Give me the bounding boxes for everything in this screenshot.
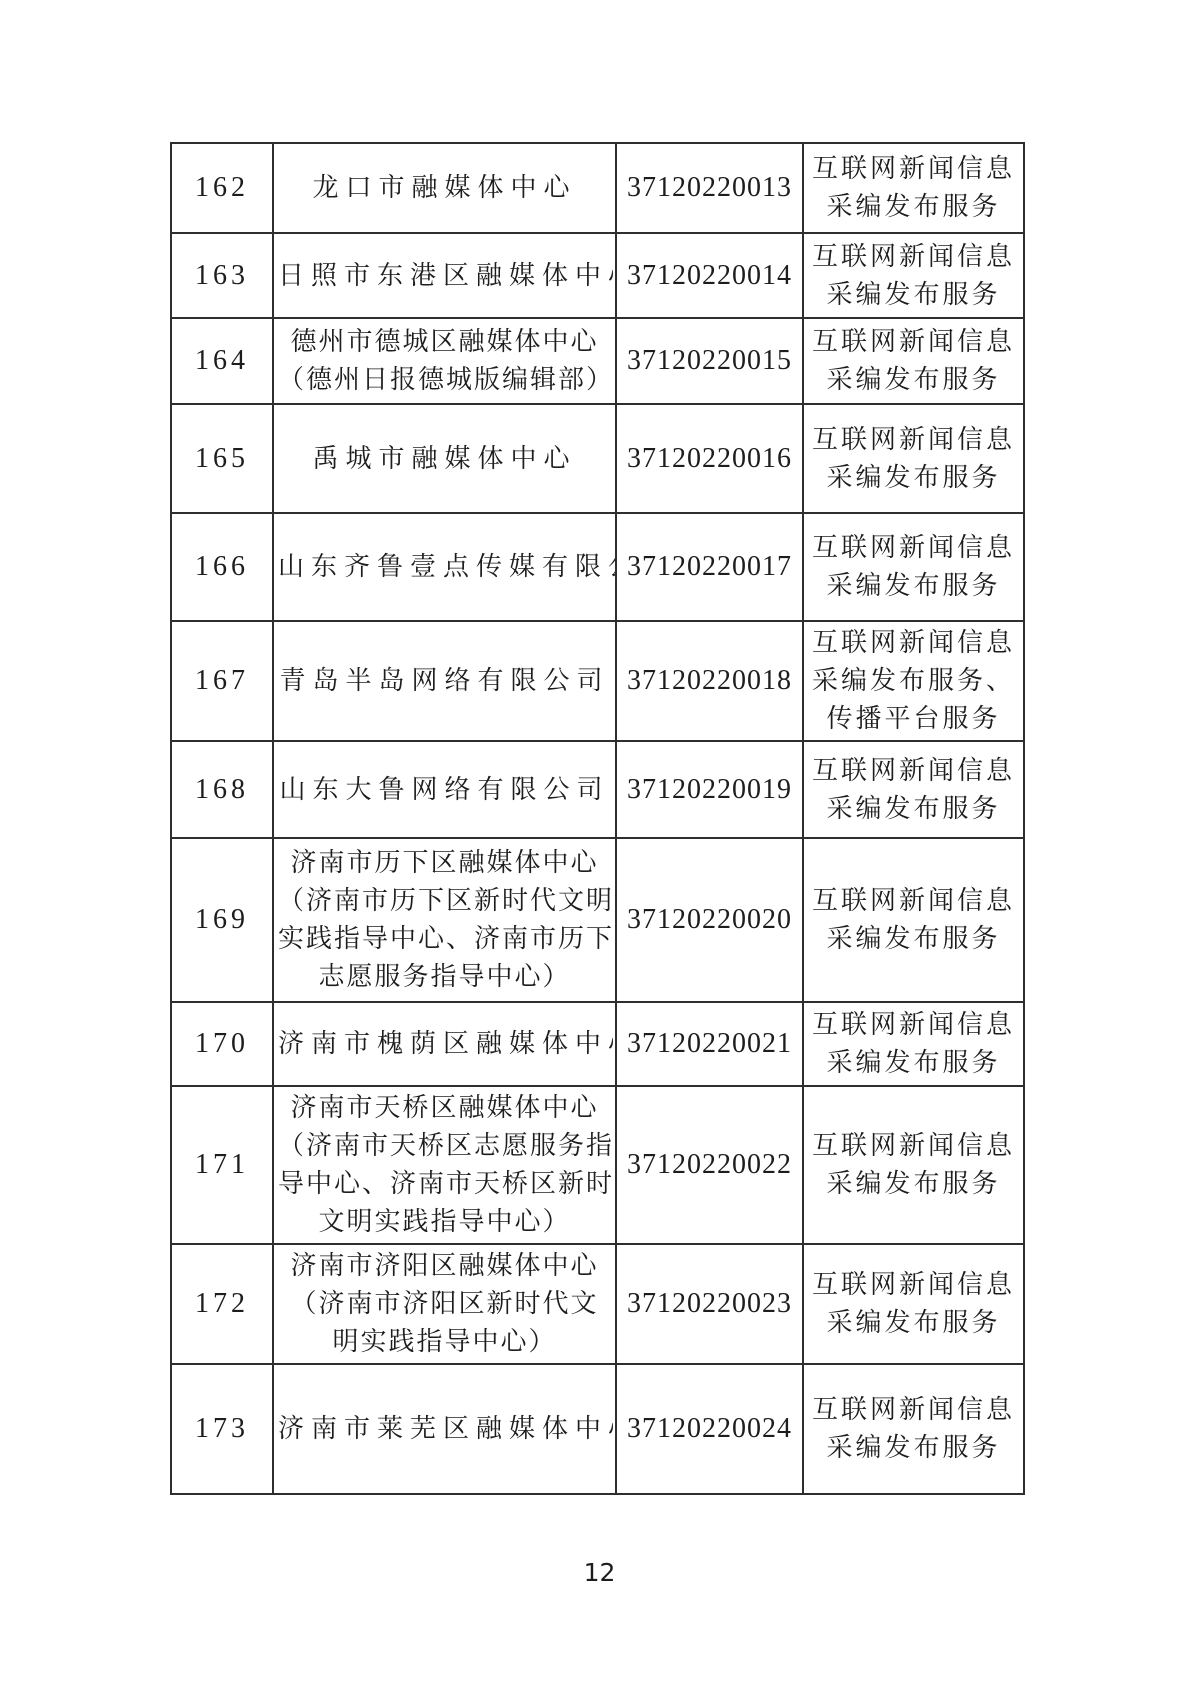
service-type-cell: 互联网新闻信息采编发布服务 (803, 318, 1024, 404)
service-type-line: 采编发布服务 (808, 361, 1019, 399)
org-name-cell: 日照市东港区融媒体中心 (273, 233, 616, 318)
table-row: 170济南市槐荫区融媒体中心37120220021互联网新闻信息采编发布服务 (171, 1002, 1024, 1086)
table-row: 173济南市莱芜区融媒体中心37120220024互联网新闻信息采编发布服务 (171, 1364, 1024, 1494)
service-type-cell: 互联网新闻信息采编发布服务 (803, 1086, 1024, 1244)
org-name-line: 导中心、济南市天桥区新时代 (278, 1165, 611, 1203)
row-number-cell: 162 (171, 143, 273, 233)
service-type-line: 互联网新闻信息 (808, 624, 1019, 662)
org-name-line: 济南市济阳区融媒体中心 (278, 1247, 611, 1285)
document-page: 162龙口市融媒体中心37120220013互联网新闻信息采编发布服务163日照… (0, 0, 1199, 1696)
org-name-cell: 济南市历下区融媒体中心（济南市历下区新时代文明实践指导中心、济南市历下区志愿服务… (273, 838, 616, 1002)
license-number-cell: 37120220014 (616, 233, 803, 318)
org-name-line: 济南市莱芜区融媒体中心 (278, 1410, 611, 1448)
page-number: 12 (0, 1558, 1199, 1587)
license-number-cell: 37120220022 (616, 1086, 803, 1244)
org-name-line: 禹城市融媒体中心 (278, 440, 611, 478)
org-name-line: 明实践指导中心） (278, 1323, 611, 1361)
org-name-line: （济南市济阳区新时代文 (278, 1285, 611, 1323)
service-type-line: 互联网新闻信息 (808, 1266, 1019, 1304)
license-number-cell: 37120220013 (616, 143, 803, 233)
row-number-cell: 170 (171, 1002, 273, 1086)
org-name-line: 山东齐鲁壹点传媒有限公司 (278, 548, 611, 586)
license-table: 162龙口市融媒体中心37120220013互联网新闻信息采编发布服务163日照… (170, 142, 1025, 1495)
table-row: 162龙口市融媒体中心37120220013互联网新闻信息采编发布服务 (171, 143, 1024, 233)
org-name-line: 德州市德城区融媒体中心 (278, 323, 611, 361)
row-number-cell: 172 (171, 1244, 273, 1364)
service-type-line: 采编发布服务 (808, 1304, 1019, 1342)
license-number-cell: 37120220023 (616, 1244, 803, 1364)
service-type-line: 互联网新闻信息 (808, 1006, 1019, 1044)
org-name-line: 实践指导中心、济南市历下区 (278, 920, 611, 958)
service-type-cell: 互联网新闻信息采编发布服务 (803, 838, 1024, 1002)
license-number-cell: 37120220016 (616, 404, 803, 513)
row-number-cell: 167 (171, 621, 273, 741)
table-row: 163日照市东港区融媒体中心37120220014互联网新闻信息采编发布服务 (171, 233, 1024, 318)
org-name-line: （德州日报德城版编辑部） (278, 361, 611, 399)
org-name-cell: 山东齐鲁壹点传媒有限公司 (273, 513, 616, 621)
service-type-line: 互联网新闻信息 (808, 150, 1019, 188)
table-row: 169济南市历下区融媒体中心（济南市历下区新时代文明实践指导中心、济南市历下区志… (171, 838, 1024, 1002)
service-type-line: 互联网新闻信息 (808, 752, 1019, 790)
row-number-cell: 171 (171, 1086, 273, 1244)
org-name-line: 济南市天桥区融媒体中心 (278, 1089, 611, 1127)
service-type-cell: 互联网新闻信息采编发布服务 (803, 233, 1024, 318)
org-name-line: （济南市天桥区志愿服务指 (278, 1127, 611, 1165)
org-name-line: 志愿服务指导中心） (278, 958, 611, 996)
org-name-line: 济南市槐荫区融媒体中心 (278, 1025, 611, 1063)
service-type-line: 采编发布服务 (808, 276, 1019, 314)
service-type-line: 采编发布服务 (808, 1165, 1019, 1203)
license-number-cell: 37120220018 (616, 621, 803, 741)
service-type-line: 互联网新闻信息 (808, 882, 1019, 920)
service-type-cell: 互联网新闻信息采编发布服务 (803, 404, 1024, 513)
table-row: 167青岛半岛网络有限公司37120220018互联网新闻信息采编发布服务、传播… (171, 621, 1024, 741)
license-number-cell: 37120220019 (616, 741, 803, 838)
service-type-line: 互联网新闻信息 (808, 1127, 1019, 1165)
org-name-cell: 龙口市融媒体中心 (273, 143, 616, 233)
table-row: 172济南市济阳区融媒体中心（济南市济阳区新时代文明实践指导中心）3712022… (171, 1244, 1024, 1364)
service-type-line: 传播平台服务 (808, 700, 1019, 738)
service-type-cell: 互联网新闻信息采编发布服务 (803, 741, 1024, 838)
org-name-line: 青岛半岛网络有限公司 (278, 662, 611, 700)
service-type-line: 采编发布服务 (808, 1429, 1019, 1467)
row-number-cell: 166 (171, 513, 273, 621)
service-type-line: 采编发布服务 (808, 567, 1019, 605)
org-name-line: （济南市历下区新时代文明 (278, 882, 611, 920)
service-type-line: 互联网新闻信息 (808, 238, 1019, 276)
row-number-cell: 163 (171, 233, 273, 318)
org-name-cell: 德州市德城区融媒体中心（德州日报德城版编辑部） (273, 318, 616, 404)
license-number-cell: 37120220021 (616, 1002, 803, 1086)
row-number-cell: 169 (171, 838, 273, 1002)
org-name-line: 日照市东港区融媒体中心 (278, 257, 611, 295)
service-type-line: 采编发布服务 (808, 790, 1019, 828)
row-number-cell: 173 (171, 1364, 273, 1494)
service-type-line: 采编发布服务 (808, 1044, 1019, 1082)
service-type-cell: 互联网新闻信息采编发布服务 (803, 513, 1024, 621)
service-type-line: 互联网新闻信息 (808, 529, 1019, 567)
org-name-cell: 济南市莱芜区融媒体中心 (273, 1364, 616, 1494)
service-type-cell: 互联网新闻信息采编发布服务、传播平台服务 (803, 621, 1024, 741)
table-row: 165禹城市融媒体中心37120220016互联网新闻信息采编发布服务 (171, 404, 1024, 513)
license-number-cell: 37120220015 (616, 318, 803, 404)
service-type-line: 互联网新闻信息 (808, 1391, 1019, 1429)
license-number-cell: 37120220024 (616, 1364, 803, 1494)
org-name-cell: 青岛半岛网络有限公司 (273, 621, 616, 741)
row-number-cell: 168 (171, 741, 273, 838)
service-type-cell: 互联网新闻信息采编发布服务 (803, 1002, 1024, 1086)
service-type-line: 采编发布服务 (808, 459, 1019, 497)
org-name-line: 济南市历下区融媒体中心 (278, 844, 611, 882)
service-type-line: 互联网新闻信息 (808, 421, 1019, 459)
org-name-cell: 山东大鲁网络有限公司 (273, 741, 616, 838)
org-name-line: 文明实践指导中心） (278, 1203, 611, 1241)
org-name-line: 龙口市融媒体中心 (278, 169, 611, 207)
license-number-cell: 37120220020 (616, 838, 803, 1002)
table-row: 168山东大鲁网络有限公司37120220019互联网新闻信息采编发布服务 (171, 741, 1024, 838)
service-type-cell: 互联网新闻信息采编发布服务 (803, 1364, 1024, 1494)
table-row: 171济南市天桥区融媒体中心（济南市天桥区志愿服务指导中心、济南市天桥区新时代文… (171, 1086, 1024, 1244)
org-name-cell: 济南市槐荫区融媒体中心 (273, 1002, 616, 1086)
org-name-cell: 济南市天桥区融媒体中心（济南市天桥区志愿服务指导中心、济南市天桥区新时代文明实践… (273, 1086, 616, 1244)
service-type-line: 采编发布服务 (808, 188, 1019, 226)
service-type-cell: 互联网新闻信息采编发布服务 (803, 1244, 1024, 1364)
org-name-line: 山东大鲁网络有限公司 (278, 771, 611, 809)
org-name-cell: 济南市济阳区融媒体中心（济南市济阳区新时代文明实践指导中心） (273, 1244, 616, 1364)
row-number-cell: 165 (171, 404, 273, 513)
service-type-line: 互联网新闻信息 (808, 323, 1019, 361)
service-type-line: 采编发布服务 (808, 920, 1019, 958)
row-number-cell: 164 (171, 318, 273, 404)
org-name-cell: 禹城市融媒体中心 (273, 404, 616, 513)
license-table-body: 162龙口市融媒体中心37120220013互联网新闻信息采编发布服务163日照… (171, 143, 1024, 1494)
service-type-line: 采编发布服务、 (808, 662, 1019, 700)
service-type-cell: 互联网新闻信息采编发布服务 (803, 143, 1024, 233)
table-row: 164德州市德城区融媒体中心（德州日报德城版编辑部）37120220015互联网… (171, 318, 1024, 404)
table-row: 166山东齐鲁壹点传媒有限公司37120220017互联网新闻信息采编发布服务 (171, 513, 1024, 621)
license-number-cell: 37120220017 (616, 513, 803, 621)
